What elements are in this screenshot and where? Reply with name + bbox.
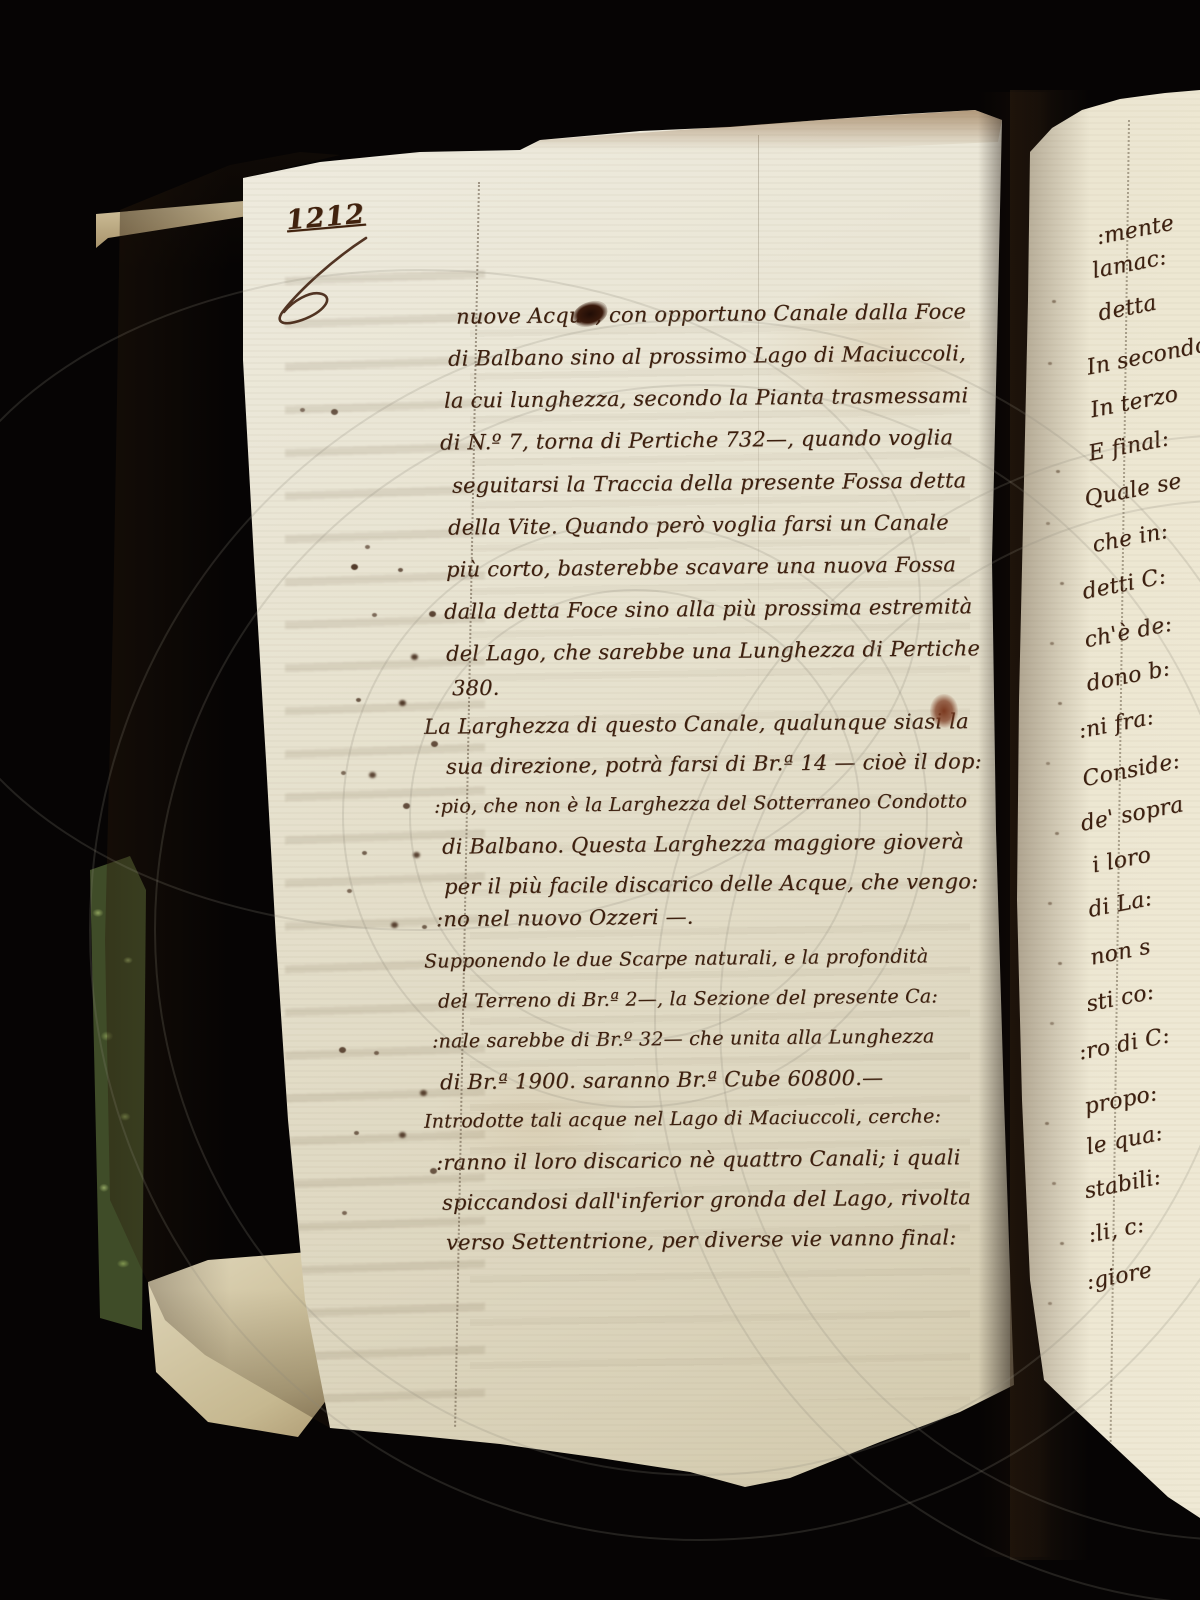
manuscript-fragment-line: di La: [1086,886,1154,923]
manuscript-fragment-line: propo: [1082,1081,1159,1120]
manuscript-fragment-line: de' sopra [1079,792,1186,836]
marginal-ink-specks [0,0,5,4]
manuscript-book-photo: 1212 nuove Acque, con opportuno Canale d… [0,0,1200,1600]
manuscript-fragment-line: :giore [1084,1258,1154,1295]
paraph-flourish [262,232,382,327]
manuscript-fragment-line: In terzo [1088,382,1180,423]
manuscript-line: di Br.ª 1900. saranno Br.ª Cube 60800.— [440,1066,883,1095]
manuscript-fragment-line: lamac: [1090,245,1168,284]
manuscript-fragment-line: :li, c: [1086,1213,1146,1248]
manuscript-fragment-line: che in: [1090,519,1170,558]
manuscript-fragment-line: :ro di C: [1076,1023,1171,1065]
manuscript-fragment-line: dono b: [1084,656,1172,697]
manuscript-fragment-line: Quale se [1083,469,1184,512]
manuscript-fragment-line: stabili: [1082,1165,1163,1204]
manuscript-fragment-line: i loro [1090,843,1153,879]
right-page-gutter-shading [1010,90,1090,1560]
manuscript-line: :no nel nuovo Ozzeri —. [436,905,694,932]
manuscript-fragment-line: le qua: [1084,1121,1165,1160]
manuscript-fragment-line: ch'è de: [1082,612,1174,653]
manuscript-fragment-line: detti C: [1080,564,1168,605]
manuscript-line: 380. [452,676,500,700]
marginal-ink-specks [0,0,4,3]
manuscript-fragment-line: In secondo [1085,332,1200,380]
manuscript-fragment-line: E final: [1086,426,1171,466]
manuscript-fragment-line: non s [1088,934,1153,970]
manuscript-fragment-line: Conside: [1081,749,1183,792]
folio-page-number: 1212 [285,199,367,237]
manuscript-fragment-line: detta [1096,291,1159,327]
manuscript-fragment-line: sti co: [1084,980,1156,1018]
ink-blot [930,694,958,728]
